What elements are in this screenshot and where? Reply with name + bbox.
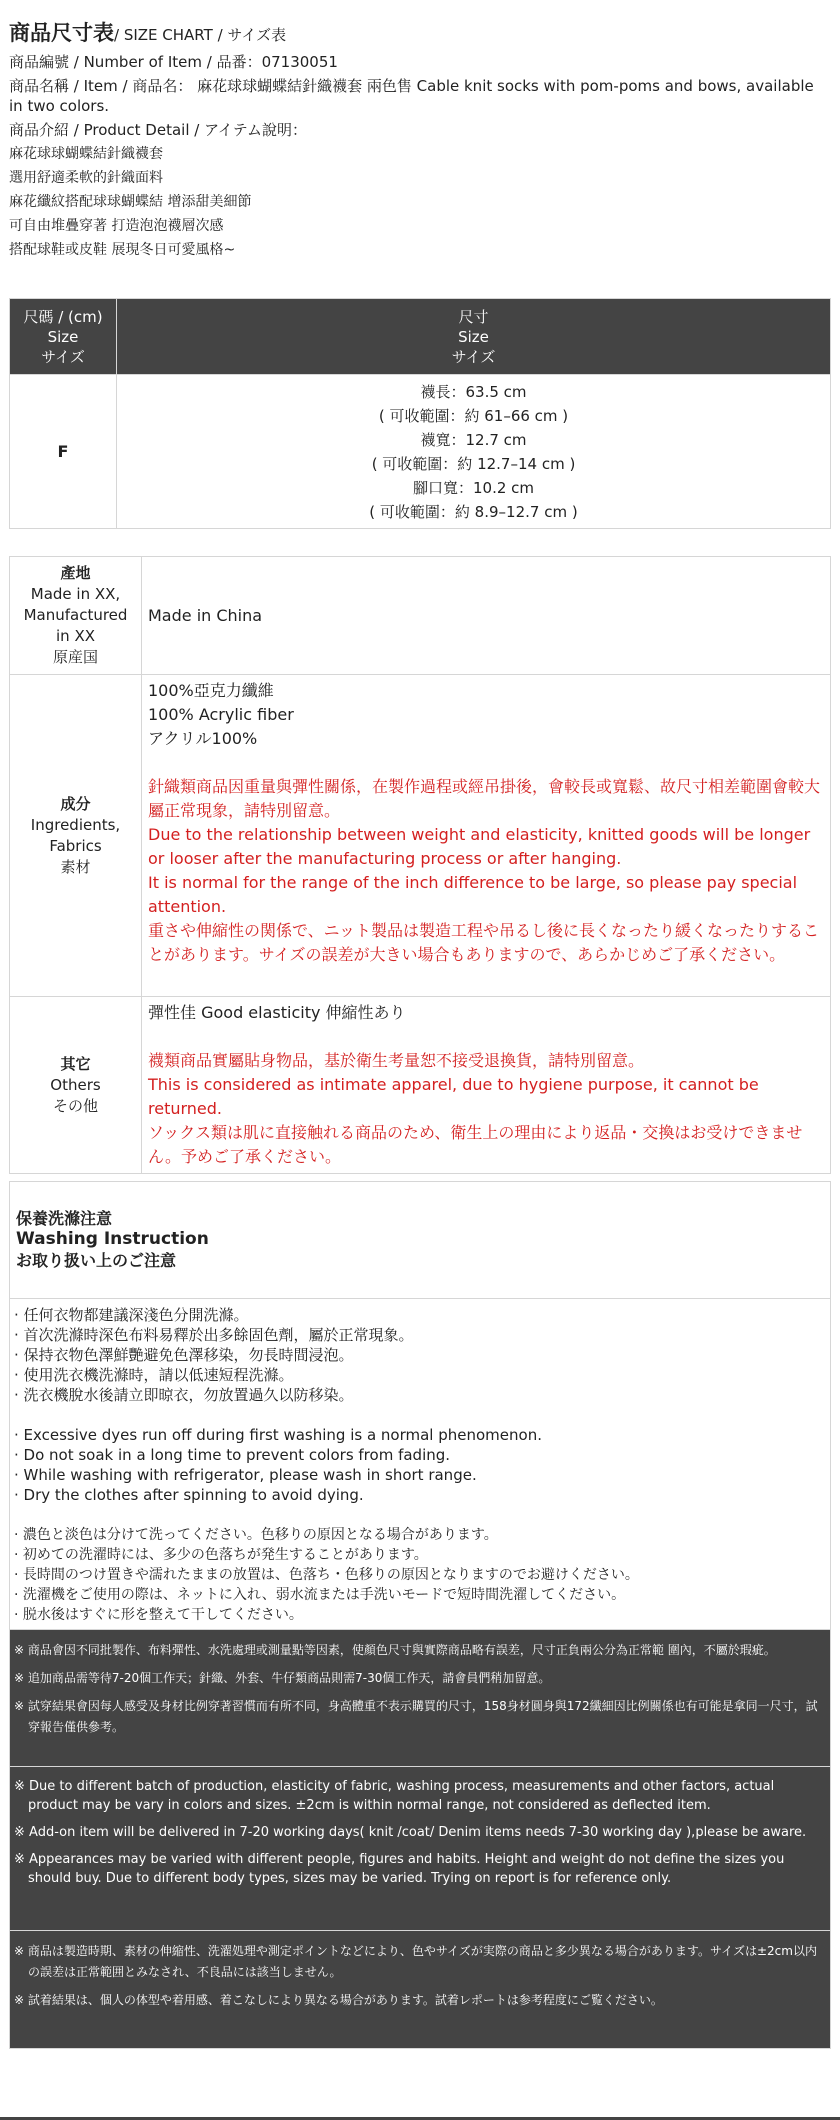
others-value: 彈性佳 Good elasticity 伸縮性あり 襪類商品實屬貼身物品，基於衛… (142, 997, 831, 1174)
ingredients-row: 成分 Ingredients, Fabrics 素材 100%亞克力纖維 100… (10, 675, 831, 997)
notice-item: ※ 試着結果は、個人の体型や着用感、着こなしにより異なる場合があります。試着レポ… (14, 1990, 826, 2011)
washing-item-en: · Excessive dyes run off during first wa… (14, 1425, 826, 1445)
notice-jp-row: ※ 商品は製造時期、素材の伸縮性、洗濯処理や測定ポイントなどにより、色やサイズが… (10, 1931, 831, 2049)
washing-item-zh: · 保持衣物色澤鮮艷避免色澤移染，勿長時間浸泡。 (14, 1345, 826, 1365)
header-text: サイズ (117, 347, 830, 367)
measurement-range: ( 可收範圍：約 12.7–14 cm ) (117, 452, 830, 476)
label-text: 原産国 (12, 647, 139, 668)
others-label: 其它 Others その他 (10, 997, 142, 1174)
page-title: 商品尺寸表/ SIZE CHART / サイズ表 (9, 20, 831, 48)
size-cell: F (10, 375, 117, 529)
label-text: 其它 (12, 1054, 139, 1075)
washing-item-jp: · 長時間のつけ置きや濡れたままの放置は、色落ち・色移りの原因となりますのでお避… (14, 1565, 826, 1585)
notice-jp: ※ 商品は製造時期、素材の伸縮性、洗濯処理や測定ポイントなどにより、色やサイズが… (10, 1931, 831, 2049)
washing-item-zh: · 首次洗滌時深色布料易釋於出多餘固色劑，屬於正常現象。 (14, 1325, 826, 1345)
measurement: 襪長：63.5 cm (117, 380, 830, 404)
header-text: 尺碼 / (cm) (10, 307, 116, 327)
item-name-label: 商品名稱 / Item / 商品名： (9, 77, 192, 95)
header-text: 尺寸 (117, 307, 830, 327)
header-text: サイズ (10, 347, 116, 367)
measurement: 襪寬：12.7 cm (117, 428, 830, 452)
return-warning-zh: 襪類商品實屬貼身物品，基於衛生考量恕不接受退換貨，請特別留意。 (148, 1049, 824, 1073)
header-measurement-label: 尺寸 Size サイズ (117, 299, 831, 375)
knit-warning-en: Due to the relationship between weight a… (148, 823, 824, 871)
washing-title-jp: お取り扱い上のご注意 (16, 1250, 824, 1271)
ingredients-label: 成分 Ingredients, Fabrics 素材 (10, 675, 142, 997)
label-text: in XX (12, 626, 139, 647)
label-text: 成分 (12, 794, 139, 815)
knit-warning-jp: 重さや伸縮性の関係で、ニット製品は製造工程や吊るし後に長くなったり緩くなったりす… (148, 919, 824, 967)
label-text: Others (12, 1075, 139, 1096)
knit-warning-en: It is normal for the range of the inch d… (148, 871, 824, 919)
item-number-value: 07130051 (262, 53, 338, 71)
origin-row: 產地 Made in XX, Manufactured in XX 原産国 Ma… (10, 557, 831, 675)
origin-label: 產地 Made in XX, Manufactured in XX 原産国 (10, 557, 142, 675)
washing-instruction-table: 保養洗滌注意 Washing Instruction お取り扱い上のご注意 · … (9, 1181, 831, 2049)
item-number-label: 商品編號 / Number of Item / 品番： (9, 53, 262, 71)
detail-item: 搭配球鞋或皮鞋 展現冬日可愛風格~ (9, 240, 831, 260)
title-main: 商品尺寸表 (9, 21, 114, 45)
notice-item: ※ Appearances may be varied with differe… (14, 1850, 826, 1888)
measurement: 腳口寬：10.2 cm (117, 476, 830, 500)
washing-item-jp: · 濃色と淡色は分けて洗ってください。色移りの原因となる場合があります。 (14, 1525, 826, 1545)
header-text: Size (10, 327, 116, 347)
notice-item: ※ 商品會因不同批製作、布料彈性、水洗處理或測量點等因素，使顏色尺寸與實際商品略… (14, 1640, 826, 1661)
notice-item: ※ 追加商品需等待7-20個工作天；針織、外套、牛仔類商品則需7-30個工作天，… (14, 1668, 826, 1689)
washing-item-zh: · 任何衣物都建議深淺色分開洗滌。 (14, 1305, 826, 1325)
origin-value: Made in China (142, 557, 831, 675)
notice-item: ※ Add-on item will be delivered in 7-20 … (14, 1823, 826, 1842)
notice-item: ※ 商品は製造時期、素材の伸縮性、洗濯処理や測定ポイントなどにより、色やサイズが… (14, 1941, 826, 1983)
notice-item: ※ 試穿結果會因每人感受及身材比例穿著習慣而有所不同，身高體重不表示購買的尺寸，… (14, 1696, 826, 1738)
size-table-header: 尺碼 / (cm) Size サイズ 尺寸 Size サイズ (10, 299, 831, 375)
washing-item-zh: · 洗衣機脫水後請立即晾衣，勿放置過久以防移染。 (14, 1385, 826, 1405)
washing-title-en: Washing Instruction (16, 1229, 824, 1250)
label-text: Made in XX, (12, 584, 139, 605)
detail-item: 選用舒適柔軟的針織面料 (9, 168, 831, 188)
washing-title: 保養洗滌注意 Washing Instruction お取り扱い上のご注意 (10, 1182, 831, 1299)
washing-item-jp: · 洗濯機をご使用の際は、ネットに入れ、弱水流または手洗いモードで短時間洗濯して… (14, 1585, 826, 1605)
notice-zh: ※ 商品會因不同批製作、布料彈性、水洗處理或測量點等因素，使顏色尺寸與實際商品略… (10, 1630, 831, 1767)
washing-item-en: · While washing with refrigerator, pleas… (14, 1465, 826, 1485)
washing-title-zh: 保養洗滌注意 (16, 1208, 824, 1229)
knit-warning-zh: 針織類商品因重量與彈性關係，在製作過程或經吊掛後，會較長或寬鬆、故尺寸相差範圍會… (148, 775, 824, 823)
measurement-cell: 襪長：63.5 cm ( 可收範圍：約 61–66 cm ) 襪寬：12.7 c… (117, 375, 831, 529)
washing-item-en: · Dry the clothes after spinning to avoi… (14, 1485, 826, 1505)
return-warning-en: This is considered as intimate apparel, … (148, 1073, 824, 1121)
notice-en: ※ Due to different batch of production, … (10, 1767, 831, 1931)
washing-item-zh: · 使用洗衣機洗滌時，請以低速短程洗滌。 (14, 1365, 826, 1385)
fabric-jp: アクリル100% (148, 727, 824, 751)
washing-item-en: · Do not soak in a long time to prevent … (14, 1445, 826, 1465)
title-sub: / SIZE CHART / サイズ表 (114, 26, 286, 44)
item-name-line: 商品名稱 / Item / 商品名： 麻花球球蝴蝶結針織襪套 兩色售 Cable… (9, 76, 831, 116)
fabric-en: 100% Acrylic fiber (148, 703, 824, 727)
notice-en-row: ※ Due to different batch of production, … (10, 1767, 831, 1931)
detail-item: 麻花纖紋搭配球球蝴蝶結 增添甜美細節 (9, 192, 831, 212)
washing-item-jp: · 脱水後はすぐに形を整えて干してください。 (14, 1605, 826, 1625)
others-row: 其它 Others その他 彈性佳 Good elasticity 伸縮性あり … (10, 997, 831, 1174)
label-text: Fabrics (12, 836, 139, 857)
notice-zh-row: ※ 商品會因不同批製作、布料彈性、水洗處理或測量點等因素，使顏色尺寸與實際商品略… (10, 1630, 831, 1767)
product-intro: 商品尺寸表/ SIZE CHART / サイズ表 商品編號 / Number o… (9, 20, 831, 260)
label-text: 產地 (12, 563, 139, 584)
product-info-table: 產地 Made in XX, Manufactured in XX 原産国 Ma… (9, 556, 831, 1174)
washing-body-row: · 任何衣物都建議深淺色分開洗滌。 · 首次洗滌時深色布料易釋於出多餘固色劑，屬… (10, 1299, 831, 1630)
washing-item-jp: · 初めての洗濯時には、多少の色落ちが発生することがあります。 (14, 1545, 826, 1565)
return-warning-jp: ソックス類は肌に直接触れる商品のため、衛生上の理由により返品・交換はお受けできま… (148, 1121, 824, 1169)
fabric-zh: 100%亞克力纖維 (148, 679, 824, 703)
label-text: 素材 (12, 857, 139, 878)
table-row: F 襪長：63.5 cm ( 可收範圍：約 61–66 cm ) 襪寬：12.7… (10, 375, 831, 529)
washing-instructions: · 任何衣物都建議深淺色分開洗滌。 · 首次洗滌時深色布料易釋於出多餘固色劑，屬… (10, 1299, 831, 1630)
detail-item: 麻花球球蝴蝶結針織襪套 (9, 144, 831, 164)
detail-item: 可自由堆疊穿著 打造泡泡襪層次感 (9, 216, 831, 236)
label-text: その他 (12, 1096, 139, 1117)
notice-item: ※ Due to different batch of production, … (14, 1777, 826, 1815)
elasticity-note: 彈性佳 Good elasticity 伸縮性あり (148, 1001, 824, 1025)
label-text: Ingredients, (12, 815, 139, 836)
item-number-line: 商品編號 / Number of Item / 品番：07130051 (9, 52, 831, 72)
washing-header-row: 保養洗滌注意 Washing Instruction お取り扱い上のご注意 (10, 1182, 831, 1299)
header-size-label: 尺碼 / (cm) Size サイズ (10, 299, 117, 375)
measurement-range: ( 可收範圍：約 61–66 cm ) (117, 404, 830, 428)
ingredients-value: 100%亞克力纖維 100% Acrylic fiber アクリル100% 針織… (142, 675, 831, 997)
measurement-range: ( 可收範圍：約 8.9–12.7 cm ) (117, 500, 830, 524)
header-text: Size (117, 327, 830, 347)
product-detail-label: 商品介紹 / Product Detail / アイテム說明： (9, 120, 831, 140)
label-text: Manufactured (12, 605, 139, 626)
size-chart-table: 尺碼 / (cm) Size サイズ 尺寸 Size サイズ F 襪長：63.5… (9, 298, 831, 529)
